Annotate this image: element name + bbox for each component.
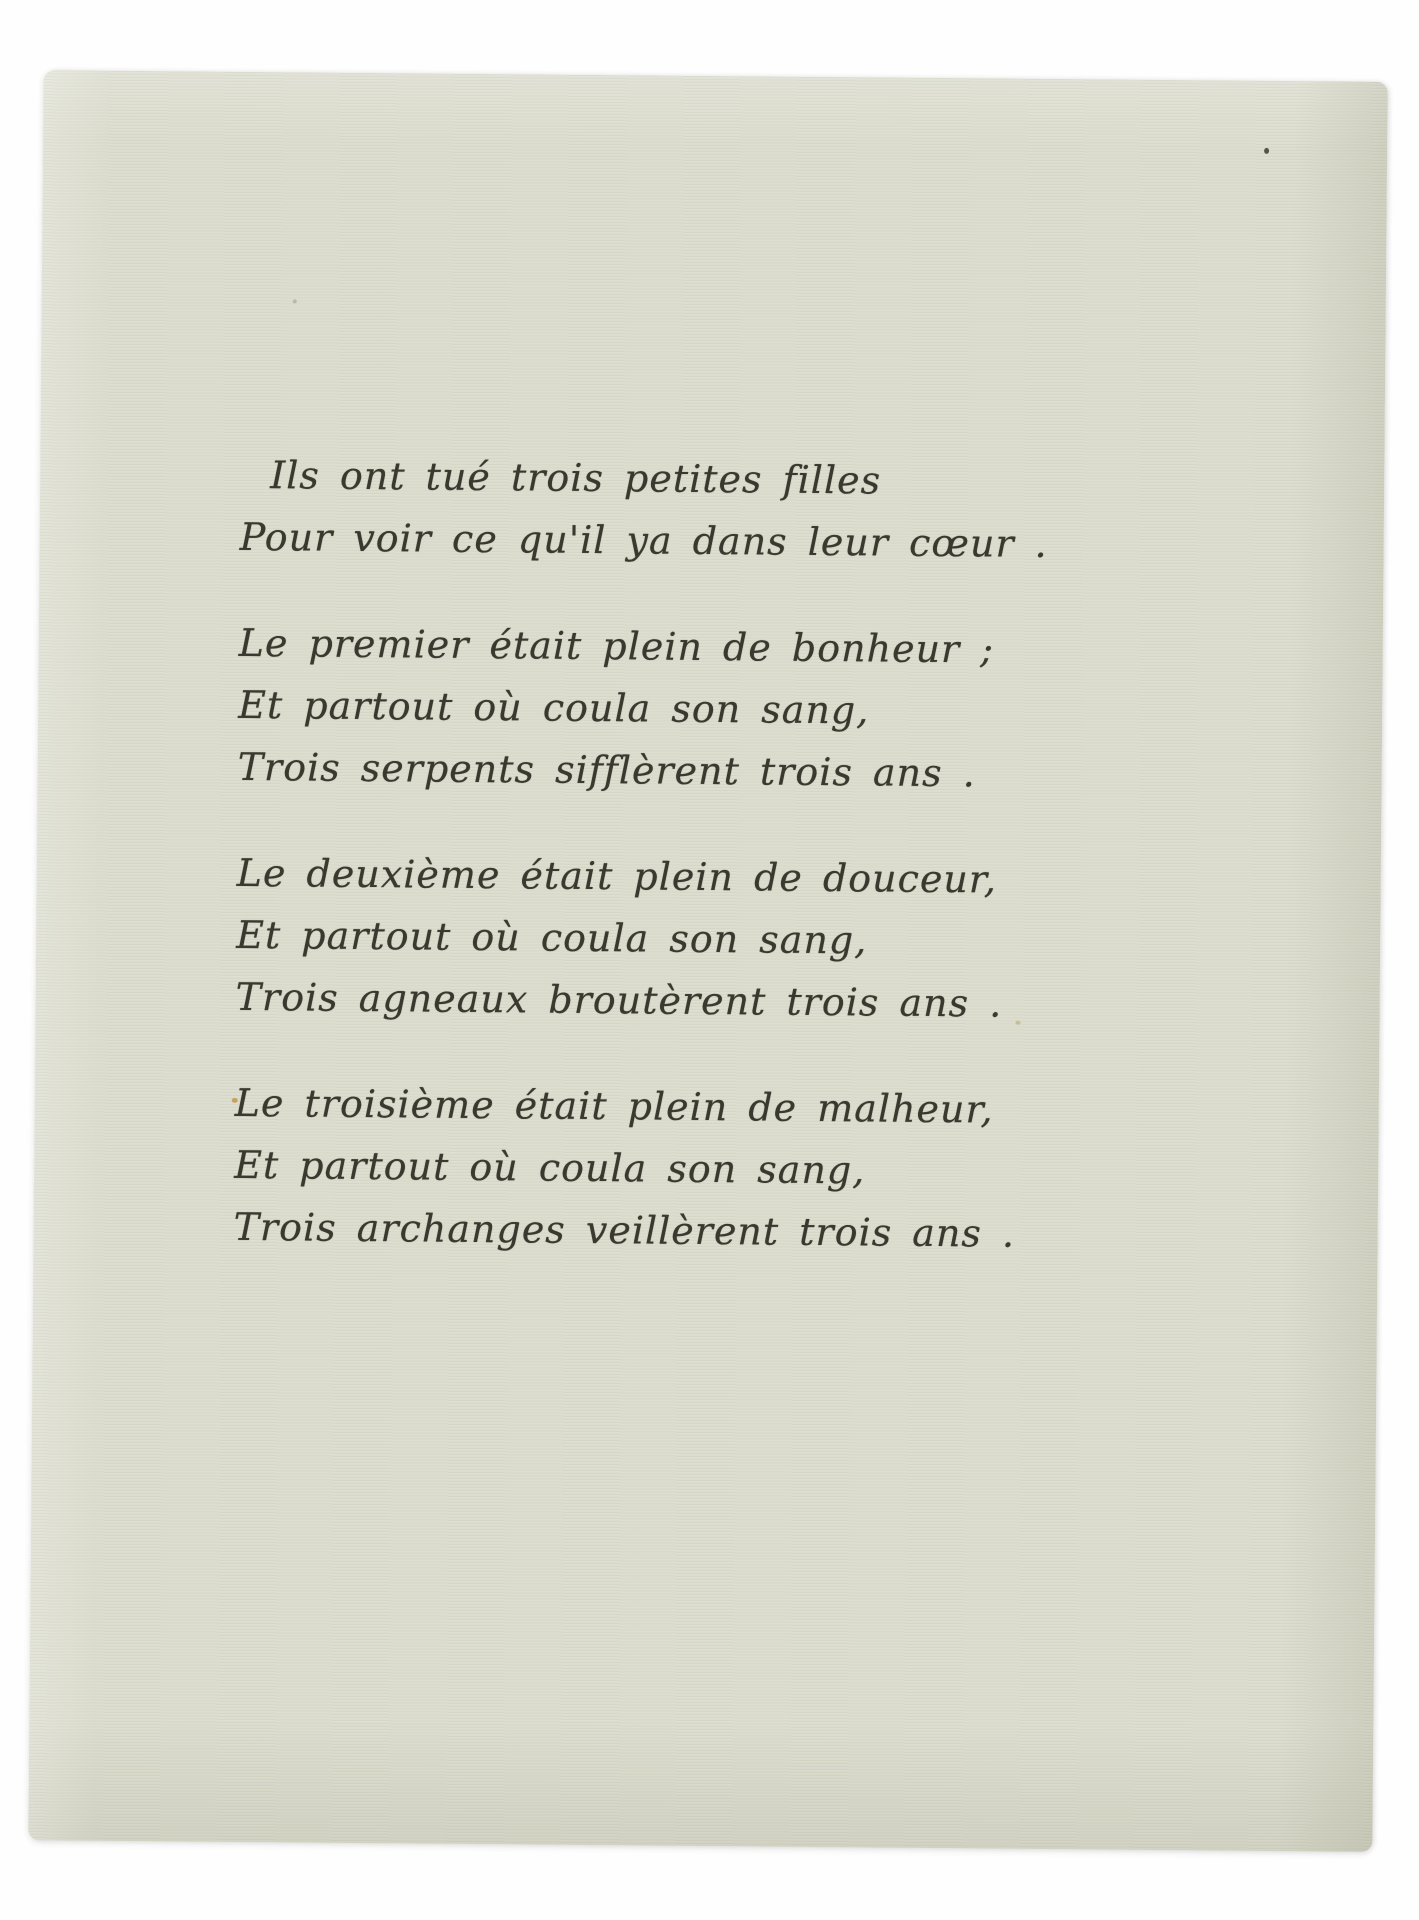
- paper-speck: [293, 299, 297, 303]
- poem-line: Le premier était plein de bonheur ;: [238, 612, 1099, 682]
- poem-line: Pour voir ce qu'il ya dans leur cœur .: [239, 506, 1100, 576]
- poem-line: Et partout où coula son sang,: [238, 674, 1099, 744]
- poem-line: Et partout où coula son sang,: [236, 904, 1097, 974]
- poem-line: Trois serpents sifflèrent trois ans .: [237, 736, 1098, 806]
- poem-line: Et partout où coula son sang,: [234, 1134, 1095, 1204]
- manuscript-page: Ils ont tué trois petites filles Pour vo…: [28, 70, 1387, 1852]
- poem-stanza-4: Le troisième était plein de malheur, Et …: [233, 1072, 1095, 1265]
- poem-line: Le deuxième était plein de douceur,: [236, 842, 1097, 912]
- poem-line: Trois archanges veillèrent trois ans .: [233, 1196, 1094, 1266]
- paper-speck: [1264, 148, 1269, 154]
- poem-line: Ils ont tué trois petites filles: [240, 444, 1101, 514]
- poem-line: Trois agneaux broutèrent trois ans .: [235, 966, 1096, 1036]
- poem-stanza-1: Ils ont tué trois petites filles Pour vo…: [239, 444, 1100, 576]
- poem-line: Le troisième était plein de malheur,: [234, 1072, 1095, 1142]
- poem-text: Ils ont tué trois petites filles Pour vo…: [233, 444, 1100, 1309]
- poem-stanza-3: Le deuxième était plein de douceur, Et p…: [235, 842, 1097, 1035]
- poem-stanza-2: Le premier était plein de bonheur ; Et p…: [237, 612, 1099, 805]
